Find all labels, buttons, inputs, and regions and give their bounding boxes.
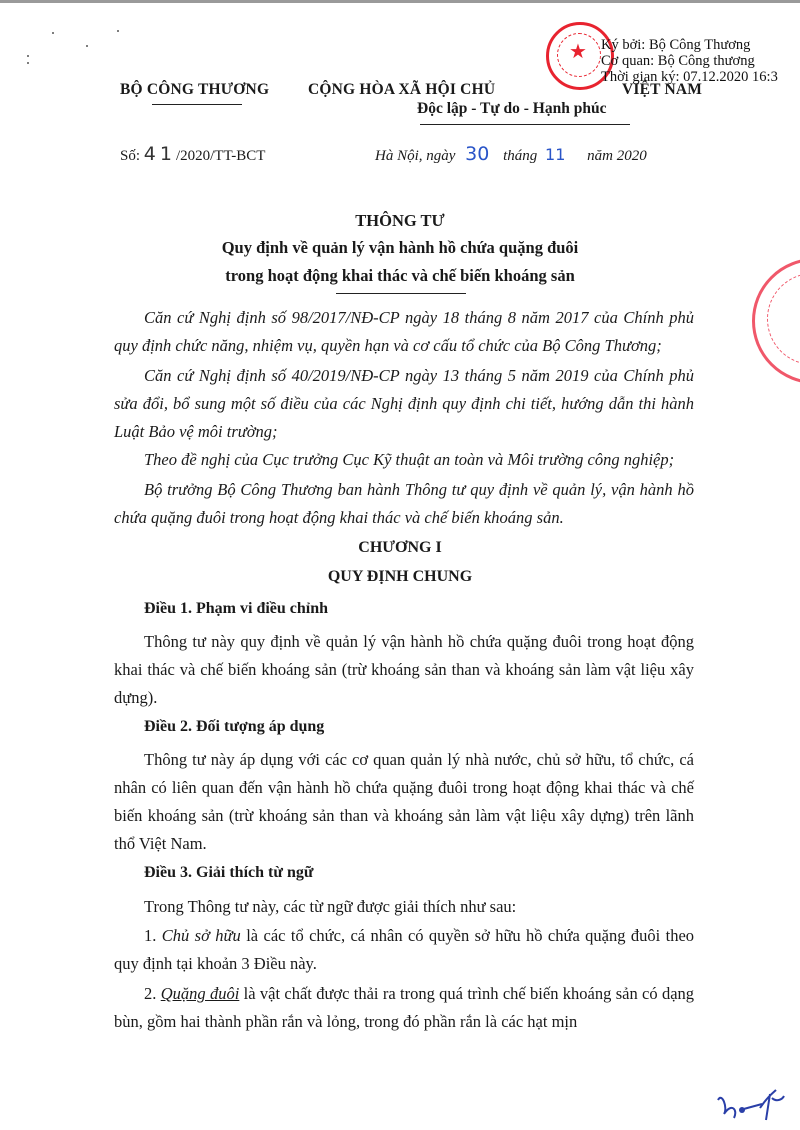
article-3-item-1: 1. Chủ sở hữu là các tổ chức, cá nhân có…: [114, 922, 694, 978]
article-3-heading: Điều 3. Giải thích từ ngữ: [144, 864, 313, 882]
day-handwritten: 30: [465, 143, 489, 165]
preamble-4: Bộ trưởng Bộ Công Thương ban hành Thông …: [114, 476, 694, 532]
document-number: Số: 41/2020/TT-BCT: [120, 143, 265, 165]
star-icon: ★: [569, 39, 587, 63]
scan-speck: [27, 62, 29, 64]
chapter-name: QUY ĐỊNH CHUNG: [0, 568, 800, 586]
article-2-body: Thông tư này áp dụng với các cơ quan quả…: [114, 746, 694, 858]
subject-line-1: Quy định về quản lý vận hành hồ chứa quặ…: [0, 238, 800, 258]
republic-name-left: CỘNG HÒA XÃ HỘI CHỦ: [308, 81, 495, 99]
signing-time: Thời gian ký: 07.12.2020 16:3: [601, 70, 778, 85]
document-type: THÔNG TƯ: [0, 211, 800, 231]
initials-signature-icon: [712, 1088, 792, 1124]
article-1-body: Thông tư này quy định về quản lý vận hàn…: [114, 628, 694, 712]
scan-speck: [117, 30, 119, 32]
defined-term: Quặng đuôi: [161, 984, 240, 1003]
number-handwritten: 41: [144, 143, 176, 165]
article-2-heading: Điều 2. Đối tượng áp dụng: [144, 718, 324, 736]
defined-term: Chủ sở hữu: [162, 926, 241, 945]
page-top-edge: [0, 0, 800, 3]
motto-underline: [420, 124, 630, 125]
subject-line-2: trong hoạt động khai thác và chế biến kh…: [0, 266, 800, 286]
preamble-1: Căn cứ Nghị định số 98/2017/NĐ-CP ngày 1…: [114, 304, 694, 360]
place-date-prefix: Hà Nội, ngày: [375, 148, 455, 164]
chapter-number: CHƯƠNG I: [0, 539, 800, 557]
preamble-3: Theo đề nghị của Cục trưởng Cục Kỹ thuật…: [114, 446, 694, 474]
issuing-ministry: BỘ CÔNG THƯƠNG: [120, 81, 269, 99]
month-handwritten: 11: [545, 145, 565, 164]
scan-speck: [27, 55, 29, 57]
place-date: Hà Nội, ngày 30 tháng 11 năm 2020: [375, 143, 647, 165]
article-3-item-2: 2. Quặng đuôi là vật chất được thải ra t…: [114, 980, 694, 1036]
number-suffix: /2020/TT-BCT: [176, 148, 265, 164]
scan-speck: [86, 45, 88, 47]
item-number: 2.: [144, 984, 156, 1003]
year-label: năm 2020: [587, 148, 647, 164]
item-number: 1.: [144, 926, 156, 945]
month-label: tháng: [503, 148, 537, 164]
title-underline: [336, 293, 466, 294]
scan-speck: [52, 32, 54, 34]
national-motto: Độc lập - Tự do - Hạnh phúc: [417, 100, 606, 118]
article-3-intro: Trong Thông tư này, các từ ngữ được giải…: [114, 893, 694, 921]
signing-agency: Cơ quan: Bộ Công thương: [601, 54, 755, 69]
ministry-underline: [152, 104, 242, 105]
number-prefix: Số:: [120, 148, 140, 164]
preamble-2: Căn cứ Nghị định số 40/2019/NĐ-CP ngày 1…: [114, 362, 694, 446]
signed-by: Ký bởi: Bộ Công Thương: [601, 38, 750, 53]
article-1-heading: Điều 1. Phạm vi điều chỉnh: [144, 600, 328, 618]
